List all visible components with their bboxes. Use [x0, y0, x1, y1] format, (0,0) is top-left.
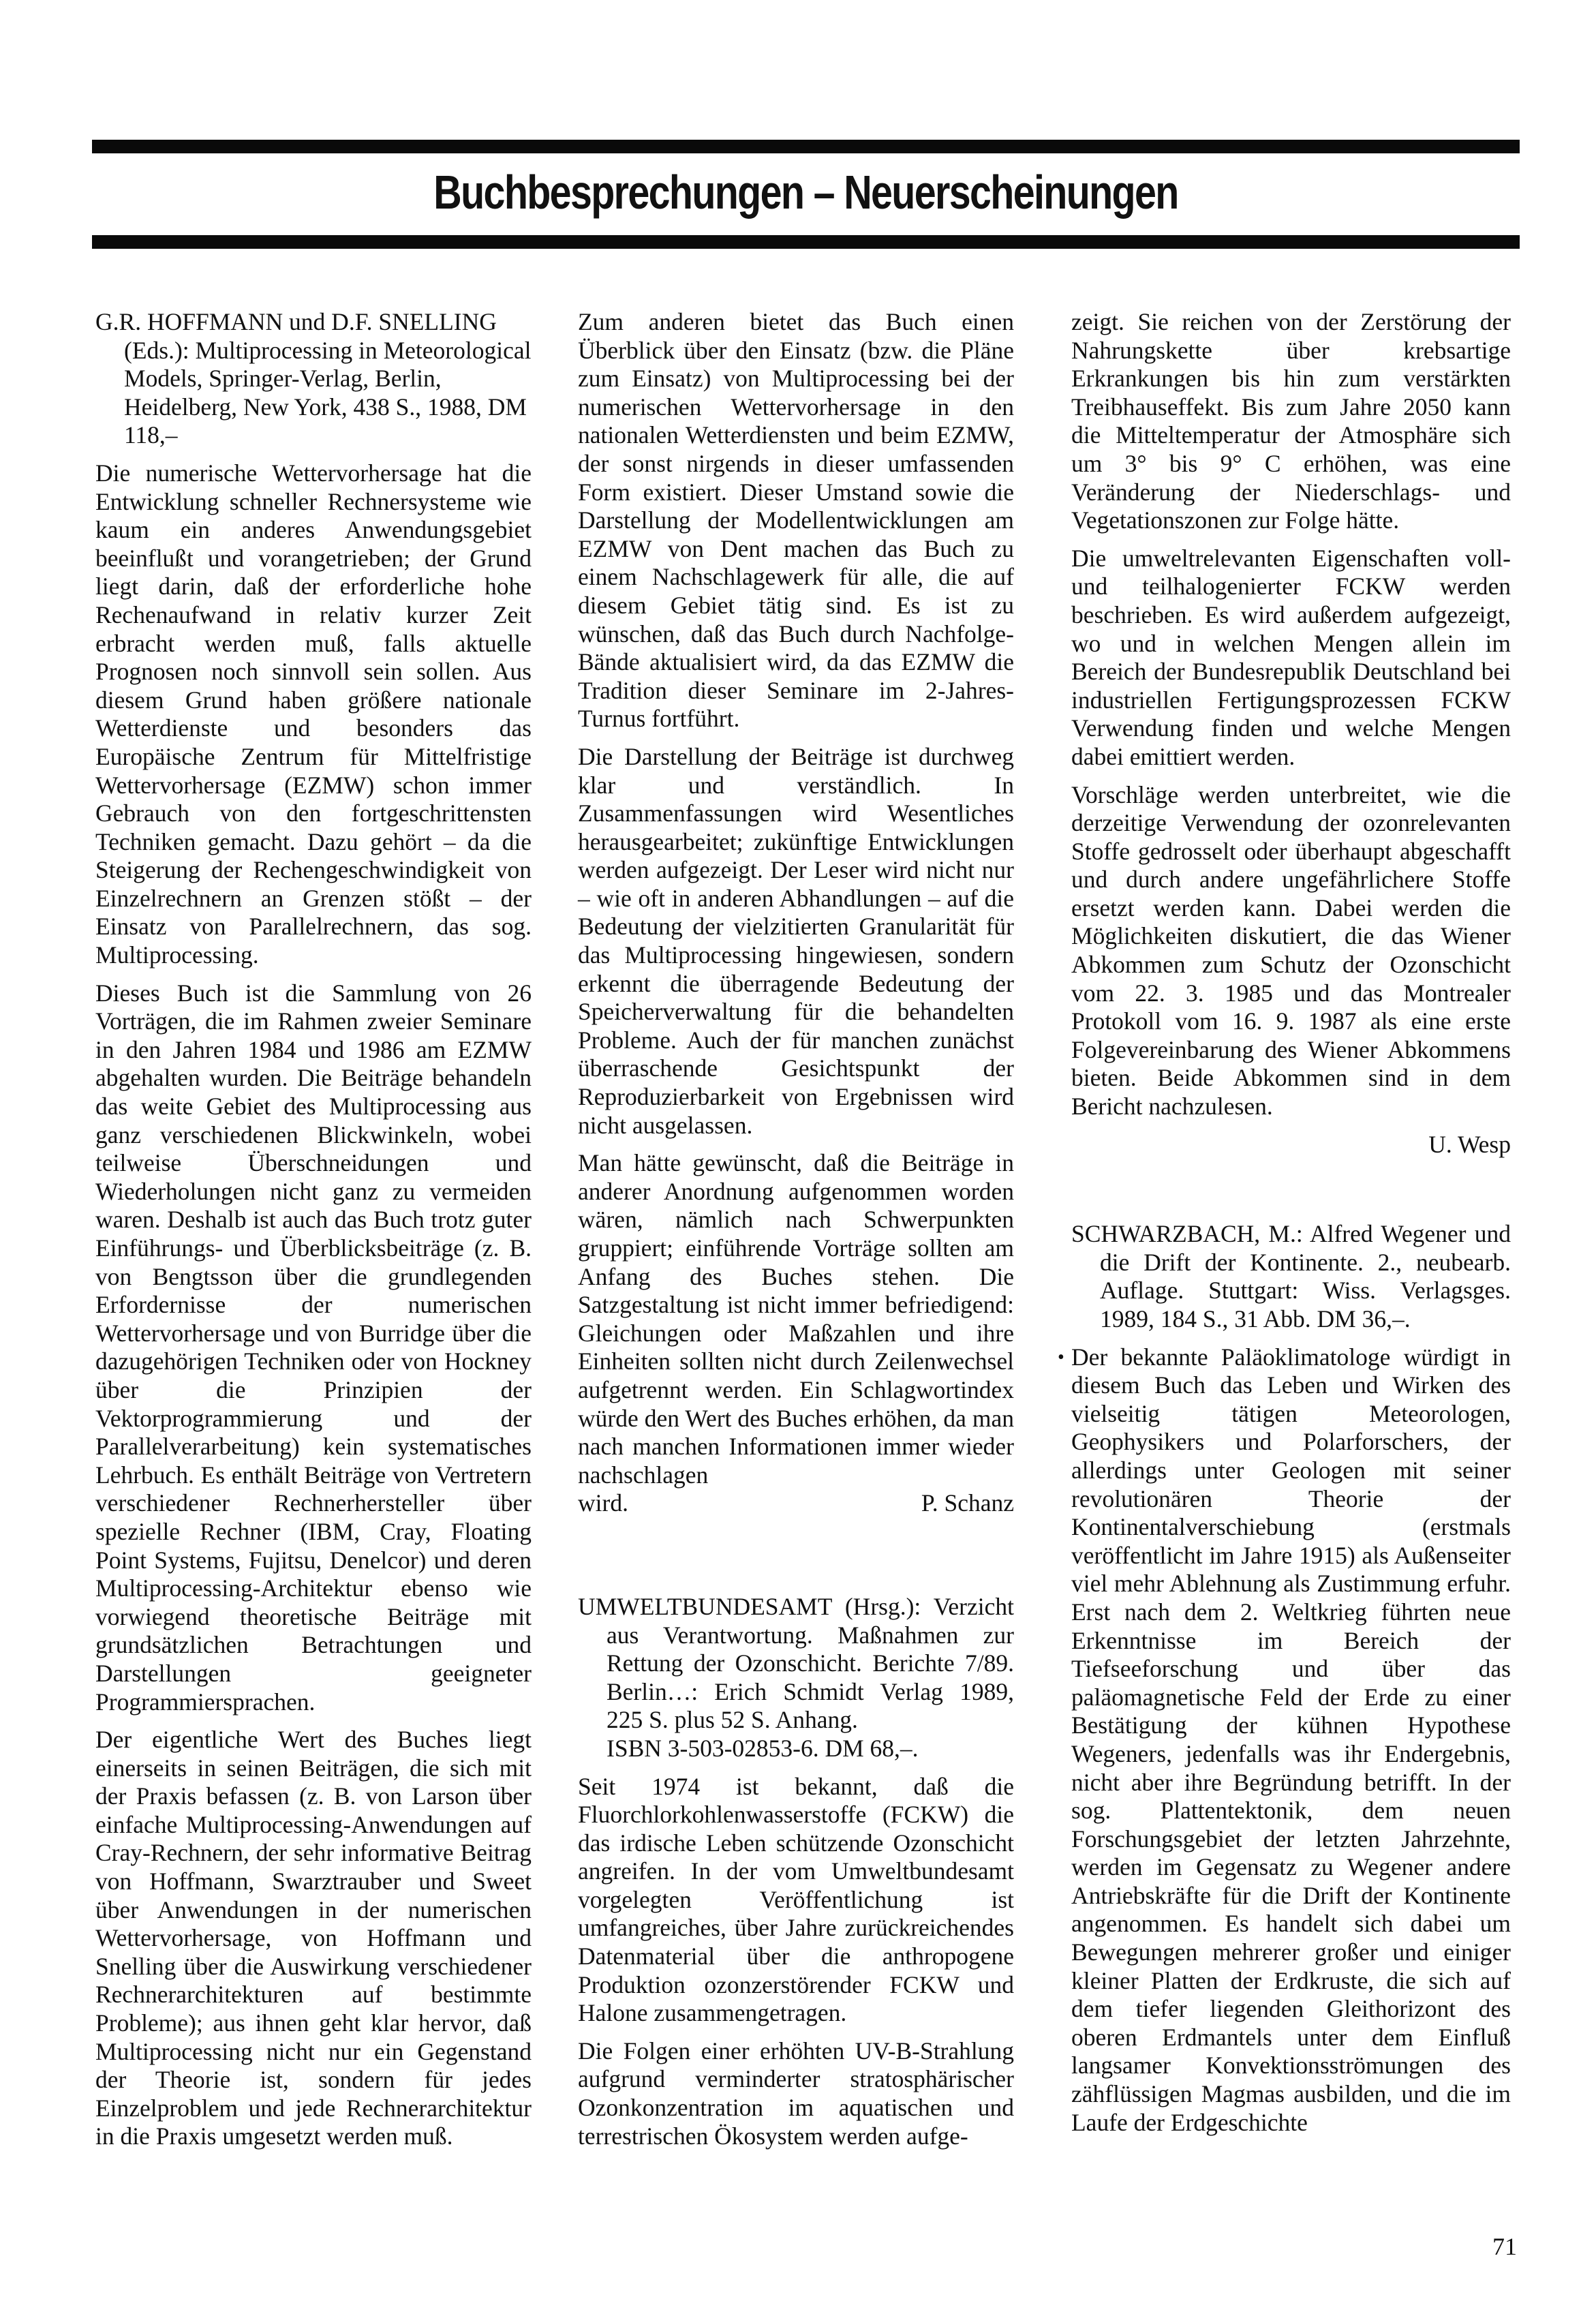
- review-paragraph: Die Folgen einer erhöhten UV-B-Strahlung…: [578, 2037, 1014, 2150]
- review-paragraph: Der eigentliche Wert des Buches liegt ei…: [95, 1726, 532, 2151]
- page-number: 71: [1492, 2232, 1517, 2261]
- review-paragraph: Die Darstellung der Beiträge ist durchwe…: [578, 743, 1014, 1140]
- review-citation-schwarzbach: SCHWARZBACH, M.: Alfred Wegener und die …: [1071, 1220, 1511, 1333]
- review-paragraph: Die numerische Wettervorhersage hat die …: [95, 459, 532, 970]
- last-line: wird.: [578, 1489, 628, 1518]
- review-paragraph: • Der bekannte Paläoklimatologe würdigt …: [1071, 1343, 1511, 2137]
- review-citation-hoffmann: G.R. HOFFMANN und D.F. SNELLING (Eds.): …: [95, 308, 532, 450]
- column-right: zeigt. Sie reichen von der Zerstörung de…: [1071, 308, 1511, 2146]
- reviewer-name: U. Wesp: [1071, 1131, 1511, 1159]
- bullet-mark: •: [1058, 1343, 1064, 1372]
- review-paragraph: Dieses Buch ist die Sammlung von 26 Vort…: [95, 979, 532, 1716]
- column-middle: Zum anderen bietet das Buch einen Überbl…: [578, 308, 1014, 2160]
- review-paragraph: Seit 1974 ist bekannt, daß die Fluorchlo…: [578, 1773, 1014, 2028]
- spacer: [1071, 1159, 1511, 1220]
- review-paragraph: Die umweltrelevanten Eigenschaften voll-…: [1071, 545, 1511, 772]
- column-left: G.R. HOFFMANN und D.F. SNELLING (Eds.): …: [95, 308, 532, 2161]
- review-paragraph: Vorschläge werden unterbreitet, wie die …: [1071, 781, 1511, 1121]
- citation-text: UMWELTBUNDESAMT (Hrsg.): Verzicht aus Ve…: [578, 1593, 1014, 1733]
- review-paragraph: Man hätte gewünscht, daß die Beiträge in…: [578, 1149, 1014, 1489]
- reviewer-name: P. Schanz: [921, 1489, 1014, 1518]
- paragraph-text: Der bekannte Paläoklimatologe würdigt in…: [1071, 1343, 1511, 2136]
- review-citation-umweltbundesamt: UMWELTBUNDESAMT (Hrsg.): Verzicht aus Ve…: [578, 1593, 1014, 1763]
- review-paragraph: Zum anderen bietet das Buch einen Überbl…: [578, 308, 1014, 733]
- spacer: [578, 1518, 1014, 1593]
- top-rule: [92, 140, 1520, 153]
- page-title: Buchbesprechungen – Neuerscheinungen: [221, 158, 1392, 226]
- review-paragraph: zeigt. Sie reichen von der Zerstörung de…: [1071, 308, 1511, 535]
- review-signature-row: wird. P. Schanz: [578, 1489, 1014, 1518]
- bottom-rule: [92, 235, 1520, 249]
- isbn-line: ISBN 3-503-02853-6. DM 68,–.: [607, 1735, 919, 1762]
